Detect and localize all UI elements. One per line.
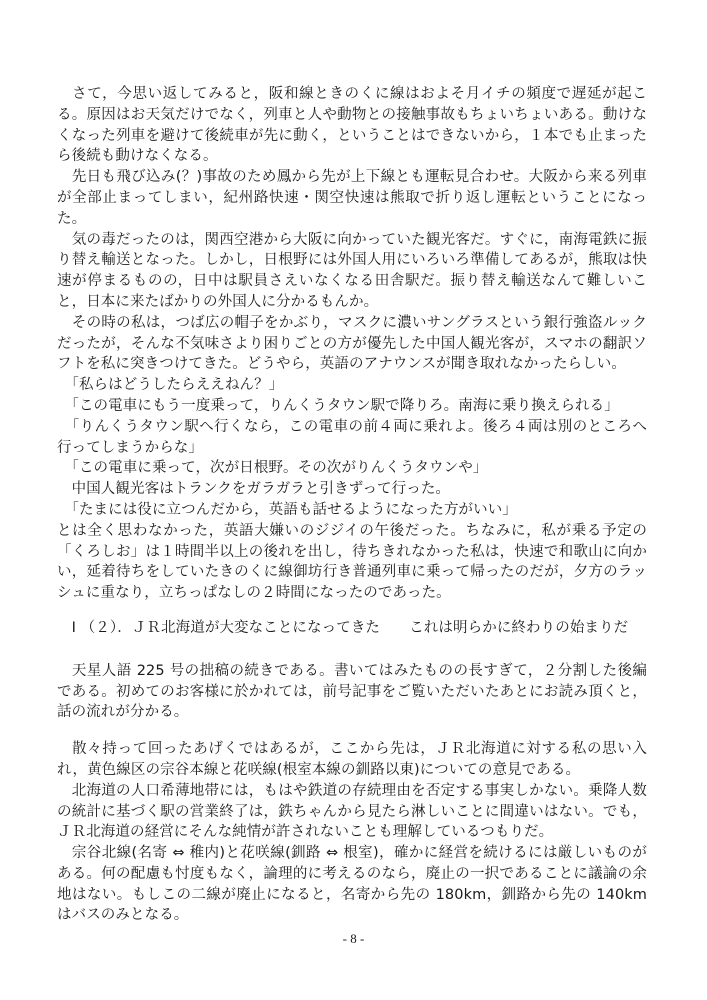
page-number: - 8 - xyxy=(0,931,707,947)
dialogue-line-2: 「この電車にもう一度乗って，りんくうタウン駅で降りろ。南海に乗り換えられる」 xyxy=(57,396,647,417)
dialogue-line-3: 「りんくうタウン駅へ行くなら，この電車の前４両に乗れよ。後ろ４両は別のところへ行… xyxy=(57,417,647,459)
paragraph-jr-hokkaido-opinion: 散々持って回ったあげくではあるが，ここから先は，ＪＲ北海道に対する私の思い入れ，… xyxy=(57,739,647,781)
paragraph-stranded-tourists: 気の毒だったのは，関西空港から大阪に向かっていた観光客だ。すぐに，南海電鉄に振り… xyxy=(57,230,647,313)
dialogue-line-5: 「たまには役に立つんだから，英語も話せるようになった方がいい」 xyxy=(57,500,647,521)
dialogue-line-4: 「この電車に乗って，次が日根野。その次がりんくうタウンや」 xyxy=(57,458,647,479)
paragraph-hanwa-line-delays: さて，今思い返してみると，阪和線ときのくに線はおよそ月イチの頻度で遅延が起こる。… xyxy=(57,84,647,167)
paragraph-tensei-jingo-continuation: 天星人語 225 号の拙稿の続きである。書いてはみたものの長すぎて，２分割した後… xyxy=(57,661,647,723)
paragraph-kuroshio-delay: とは全く思わなかった，英語大嫌いのジジイの午後だった。ちなみに，私が乗る予定の「… xyxy=(57,521,647,604)
paragraph-tourists-depart: 中国人観光客はトランクをガラガラと引きずって行った。 xyxy=(57,479,647,500)
dialogue-line-1: 「私らはどうしたらええねん？」 xyxy=(57,375,647,396)
paragraph-soya-hanasaki-lines: 宗谷北線(名寄 ⇔ 稚内)と花咲線(釧路 ⇔ 根室)，確かに経営を続けるには厳し… xyxy=(57,843,647,926)
paragraph-translation-app: その時の私は，つば広の帽子をかぶり，マスクに濃いサングラスという銀行強盗ルックだ… xyxy=(57,313,647,375)
section-heading: Ⅰ （２）．ＪＲ北海道が大変なことになってきた これは明らかに終わりの始まりだ xyxy=(57,618,647,639)
paragraph-sparse-population: 北海道の人口希薄地帯には，もはや鉄道の存続理由を否定する事実しかない。乗降人数の… xyxy=(57,781,647,843)
paragraph-service-suspension: 先日も飛び込み(？)事故のため鳳から先が上下線とも運転見合わせ。大阪から来る列車… xyxy=(57,167,647,229)
document-page: さて，今思い返してみると，阪和線ときのくに線はおよそ月イチの頻度で遅延が起こる。… xyxy=(0,0,707,1000)
article-body: さて，今思い返してみると，阪和線ときのくに線はおよそ月イチの頻度で遅延が起こる。… xyxy=(57,84,647,926)
